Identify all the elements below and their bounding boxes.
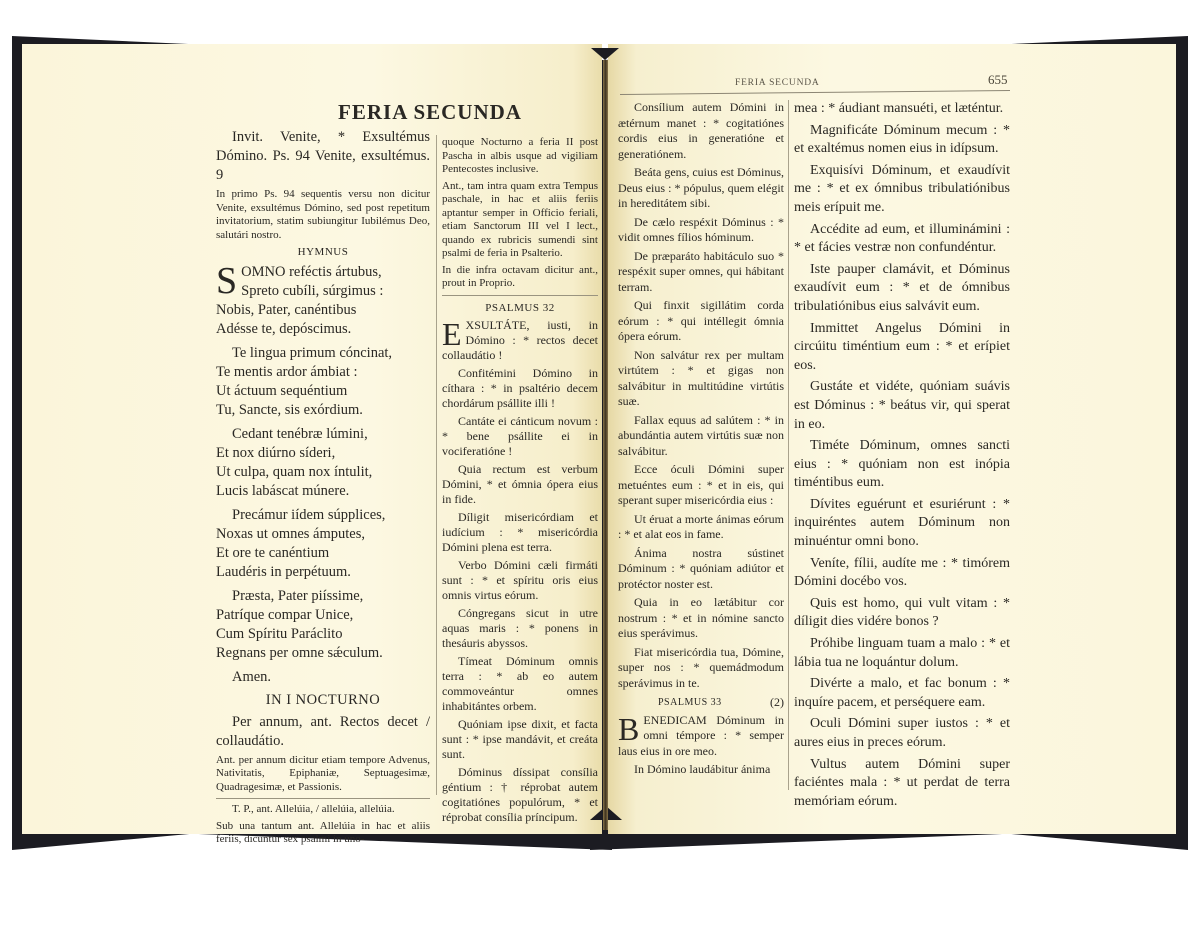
psalm-verse: Dóminus díssipat consília géntium : † ré… [442, 765, 598, 825]
psalm-verse: Fiat misericórdia tua, Dómine, super nos… [618, 645, 784, 692]
hymn-line: Nobis, Pater, canéntibus [216, 301, 430, 320]
hymn: S OMNO reféctis ártubus, Spreto cubíli, … [216, 263, 430, 687]
psalm-verse: ENEDICAM Dóminum in omni témpore : * sem… [618, 713, 784, 758]
psalm-verse: Ánima nostra sústinet Dóminum : * quónia… [618, 546, 784, 593]
psalm-verse: Immittet Angelus Dómini in circúitu timé… [794, 320, 1010, 376]
psalm-verse: Beáta gens, cuius est Dóminus, Deus eius… [618, 165, 784, 212]
hymn-line: Cedant tenébræ lúmini, [216, 425, 430, 444]
psalm-verse: Ut éruat a morte ánimas eórum : * et ala… [618, 512, 784, 543]
psalm-verse: XSULTÁTE, iusti, in Dómino : * rectos de… [442, 318, 598, 362]
psalm-verse: Gustáte et vidéte, quóniam suávis est Dó… [794, 378, 1010, 434]
hymn-stanza: Te lingua primum cóncinat, Te mentis ard… [216, 344, 430, 420]
column-divider [788, 100, 789, 790]
rubric: Ant., tam intra quam extra Tempus pascha… [442, 180, 598, 261]
psalm-verse: Consílium autem Dómini in ætérnum manet … [618, 100, 784, 162]
psalm-verse: Exquisívi Dóminum, et exaudívit me : * e… [794, 162, 1010, 218]
drop-cap: B [618, 715, 639, 743]
psalm-verse: Díligit misericórdiam et iudícium : * mi… [442, 510, 598, 555]
hymn-line: Cum Spíritu Paráclito [216, 625, 430, 644]
hymn-line: Et nox diúrno síderi, [216, 444, 430, 463]
psalm-verse: Quóniam ipse dixit, et facta sunt : * ip… [442, 717, 598, 762]
psalm-verse: Quia in eo lætábitur cor nostrum : * et … [618, 595, 784, 642]
psalm-verse: Vultus autem Dómini super faciéntes mala… [794, 756, 1010, 812]
nocturn-heading: IN I NOCTURNO [216, 691, 430, 710]
psalm-verse: Ecce óculi Dómini super metuéntes eum : … [618, 462, 784, 509]
hymn-line: Præsta, Pater piíssime, [216, 587, 430, 606]
spine-top [591, 48, 619, 60]
psalm-verse: Quia rectum est verbum Dómini, * et ómni… [442, 462, 598, 507]
hymn-stanza: Precámur iídem súpplices, Noxas ut omnes… [216, 506, 430, 582]
hymn-line: OMNO reféctis ártubus, [216, 263, 430, 282]
hymn-line: Regnans per omne sǽculum. [216, 644, 430, 663]
column-divider [436, 135, 437, 795]
invitatory: Invit. Venite, * Exsultémus Dómino. Ps. … [216, 128, 430, 185]
left-page-column-1: Invit. Venite, * Exsultémus Dómino. Ps. … [216, 128, 430, 850]
hymn-line: Patríque compar Unice, [216, 606, 430, 625]
hymn-line: Ut áctuum sequéntium [216, 382, 430, 401]
amen: Amen. [216, 668, 430, 687]
hymn-line: Lucis labáscat múnere. [216, 482, 430, 501]
psalm-verse: mea : * áudiant mansuéti, et læténtur. [794, 100, 1010, 119]
psalm-verse: Iste pauper clamávit, et Dóminus exaudív… [794, 261, 1010, 317]
psalm-verse: Veníte, fílii, audíte me : * timórem Dóm… [794, 555, 1010, 592]
antiphon: Per annum, ant. Rectos decet / collaudát… [216, 713, 430, 751]
psalm-verse: Verbo Dómini cæli firmáti sunt : * et sp… [442, 558, 598, 603]
psalm-verse: Qui finxit sigillátim corda eórum : * qu… [618, 298, 784, 345]
psalm-verse: De præparáto habitáculo suo * respéxit s… [618, 249, 784, 296]
psalm-verse: Dívites eguérunt et esuriérunt : * inqui… [794, 496, 1010, 552]
left-page-column-2: quoque Nocturno a feria II post Pascha i… [442, 136, 598, 828]
hymn-stanza: Cedant tenébræ lúmini, Et nox diúrno síd… [216, 425, 430, 501]
psalm-heading: PSALMUS 33 [618, 695, 722, 711]
psalm-verse: Cantáte ei cánticum novum : * bene psáll… [442, 414, 598, 459]
page-title: FERIA SECUNDA [300, 100, 560, 125]
divider [216, 798, 430, 799]
rubric: quoque Nocturno a feria II post Pascha i… [442, 136, 598, 177]
rubric: Sub una tantum ant. Allelúia in hac et a… [216, 820, 430, 847]
psalm-verse: Próhibe linguam tuam a malo : * et lábia… [794, 635, 1010, 672]
rubric: In primo Ps. 94 sequentis versu non dici… [216, 188, 430, 242]
hymn-stanza: Præsta, Pater piíssime, Patríque compar … [216, 587, 430, 663]
psalm-verse: De cælo respéxit Dóminus : * vidit omnes… [618, 215, 784, 246]
hymn-line: Precámur iídem súpplices, [216, 506, 430, 525]
psalm-verse: Cóngregans sicut in utre aquas maris : *… [442, 606, 598, 651]
psalm-division: (2) [770, 695, 784, 711]
psalm-verse: Tímeat Dóminum omnis terra : * ab eo aut… [442, 654, 598, 714]
psalm-verse: In Dómino laudábitur ánima [618, 762, 784, 778]
book-gutter [603, 60, 608, 830]
psalm-heading-row: PSALMUS 33 (2) [618, 695, 784, 711]
hymn-line: Adésse te, depóscimus. [216, 320, 430, 339]
hymn-line: Noxas ut omnes ámputes, [216, 525, 430, 544]
page-number: 655 [988, 72, 1008, 88]
psalm-verse: Quis est homo, qui vult vitam : * díligi… [794, 595, 1010, 632]
psalm-32: EXSULTÁTE, iusti, in Dómino : * rectos d… [442, 318, 598, 825]
hymn-line: Laudéris in perpétuum. [216, 563, 430, 582]
hymn-stanza: S OMNO reféctis ártubus, Spreto cubíli, … [216, 263, 430, 339]
right-page-column-2: mea : * áudiant mansuéti, et læténtur. M… [794, 100, 1010, 814]
psalm-verse: Magnificáte Dóminum mecum : * et exaltém… [794, 122, 1010, 159]
rubric: In die infra octavam dicitur ant., prout… [442, 264, 598, 291]
hymn-line: Tu, Sancte, sis exórdium. [216, 401, 430, 420]
right-page-column-1: Consílium autem Dómini in ætérnum manet … [618, 100, 784, 781]
psalm-verse: Non salvátur rex per multam virtútem : *… [618, 348, 784, 410]
psalm-verse: Confitémini Dómino in cíthara : * in psa… [442, 366, 598, 411]
tp-antiphon: T. P., ant. Allelúia, / allelúia, allelú… [216, 803, 430, 817]
psalm-verse: Divérte a malo, et fac bonum : * inquíre… [794, 675, 1010, 712]
hymn-line: Te mentis ardor ámbiat : [216, 363, 430, 382]
hymn-line: Ut culpa, quam nox íntulit, [216, 463, 430, 482]
hymn-line: Et ore te canéntium [216, 544, 430, 563]
psalm-verse: Accédite ad eum, et illuminámini : * et … [794, 221, 1010, 258]
rubric: Ant. per annum dicitur etiam tempore Adv… [216, 754, 430, 795]
drop-cap: S [216, 265, 237, 297]
psalm-verse: Oculi Dómini super iustos : * et aures e… [794, 715, 1010, 752]
hymn-heading: HYMNUS [216, 246, 430, 260]
hymn-line: Te lingua primum cóncinat, [216, 344, 430, 363]
psalm-verse: Fallax equus ad salútem : * in abundánti… [618, 413, 784, 460]
psalm-heading: PSALMUS 32 [442, 302, 598, 316]
divider [442, 295, 598, 296]
hymn-line: Spreto cubíli, súrgimus : [216, 282, 430, 301]
psalm-verse: Timéte Dóminum, omnes sancti eius : * qu… [794, 437, 1010, 493]
running-head: FERIA SECUNDA [735, 78, 820, 88]
drop-cap: E [442, 320, 462, 348]
